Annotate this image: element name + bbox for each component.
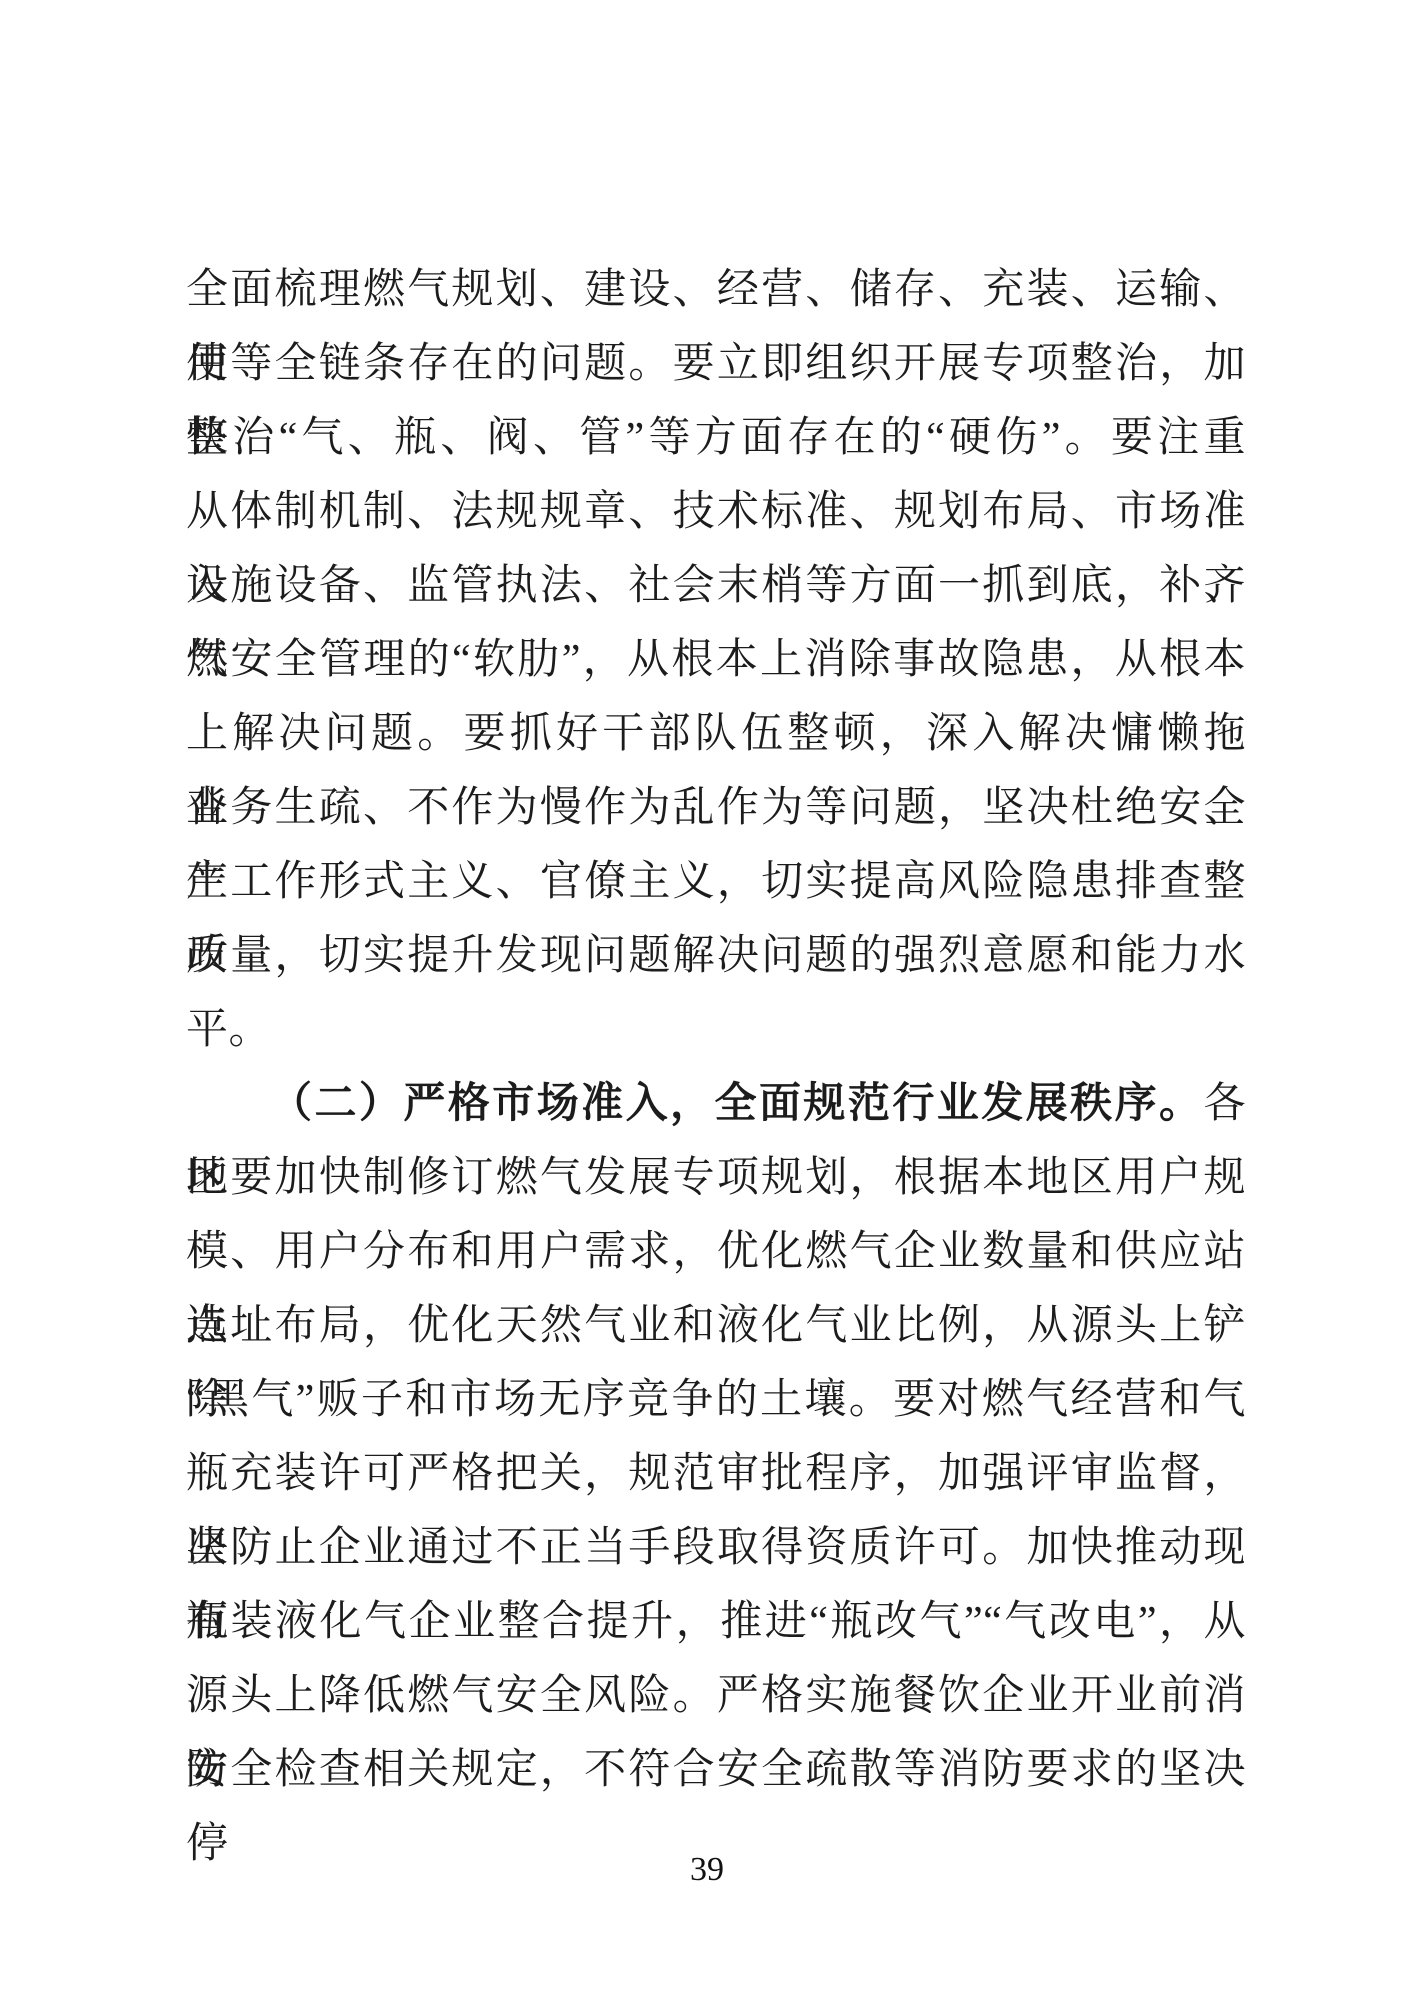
text-line: 瓶装液化气企业整合提升，推进“瓶改气”“气改电”，从 xyxy=(186,1585,1246,1659)
text-line: 设施设备、监管执法、社会末梢等方面一抓到底，补齐燃 xyxy=(186,549,1246,623)
text-line: 业务生疏、不作为慢作为乱作为等问题，坚决杜绝安全生 xyxy=(186,771,1246,845)
text-line: 安全检查相关规定，不符合安全疏散等消防要求的坚决停 xyxy=(186,1733,1246,1807)
text-line: 源头上降低燃气安全风险。严格实施餐饮企业开业前消防 xyxy=(186,1659,1246,1733)
document-body: 全面梳理燃气规划、建设、经营、储存、充装、运输、使 用等全链条存在的问题。要立即… xyxy=(186,253,1246,1807)
text-line: 平。 xyxy=(186,993,1246,1067)
text-line: 瓶充装许可严格把关，规范审批程序，加强评审监督，坚 xyxy=(186,1437,1246,1511)
text-line: 从体制机制、法规规章、技术标准、规划布局、市场准入、 xyxy=(186,475,1246,549)
section-heading: （二）严格市场准入，全面规范行业发展秩序。 xyxy=(270,1081,1203,1127)
text-line: 整治“气、瓶、阀、管”等方面存在的“硬伤”。要注重 xyxy=(186,401,1246,475)
text-line: 区要加快制修订燃气发展专项规划，根据本地区用户规 xyxy=(186,1141,1246,1215)
page-number: 39 xyxy=(0,1850,1414,1890)
text-line: 选址布局，优化天然气业和液化气业比例，从源头上铲除 xyxy=(186,1289,1246,1363)
text-line: “黑气”贩子和市场无序竞争的土壤。要对燃气经营和气 xyxy=(186,1363,1246,1437)
section-heading-line: （二）严格市场准入，全面规范行业发展秩序。各地 xyxy=(186,1067,1246,1141)
text-line: 质量，切实提升发现问题解决问题的强烈意愿和能力水 xyxy=(186,919,1246,993)
text-line: 气安全管理的“软肋”，从根本上消除事故隐患，从根本 xyxy=(186,623,1246,697)
text-line: 模、用户分布和用户需求，优化燃气企业数量和供应站点 xyxy=(186,1215,1246,1289)
text-line: 决防止企业通过不正当手段取得资质许可。加快推动现有 xyxy=(186,1511,1246,1585)
text-line: 用等全链条存在的问题。要立即组织开展专项整治，加快 xyxy=(186,327,1246,401)
document-page: 全面梳理燃气规划、建设、经营、储存、充装、运输、使 用等全链条存在的问题。要立即… xyxy=(0,0,1414,2000)
text-line: 全面梳理燃气规划、建设、经营、储存、充装、运输、使 xyxy=(186,253,1246,327)
text-line: 产工作形式主义、官僚主义，切实提高风险隐患排查整改 xyxy=(186,845,1246,919)
text-line: 上解决问题。要抓好干部队伍整顿，深入解决慵懒拖沓、 xyxy=(186,697,1246,771)
